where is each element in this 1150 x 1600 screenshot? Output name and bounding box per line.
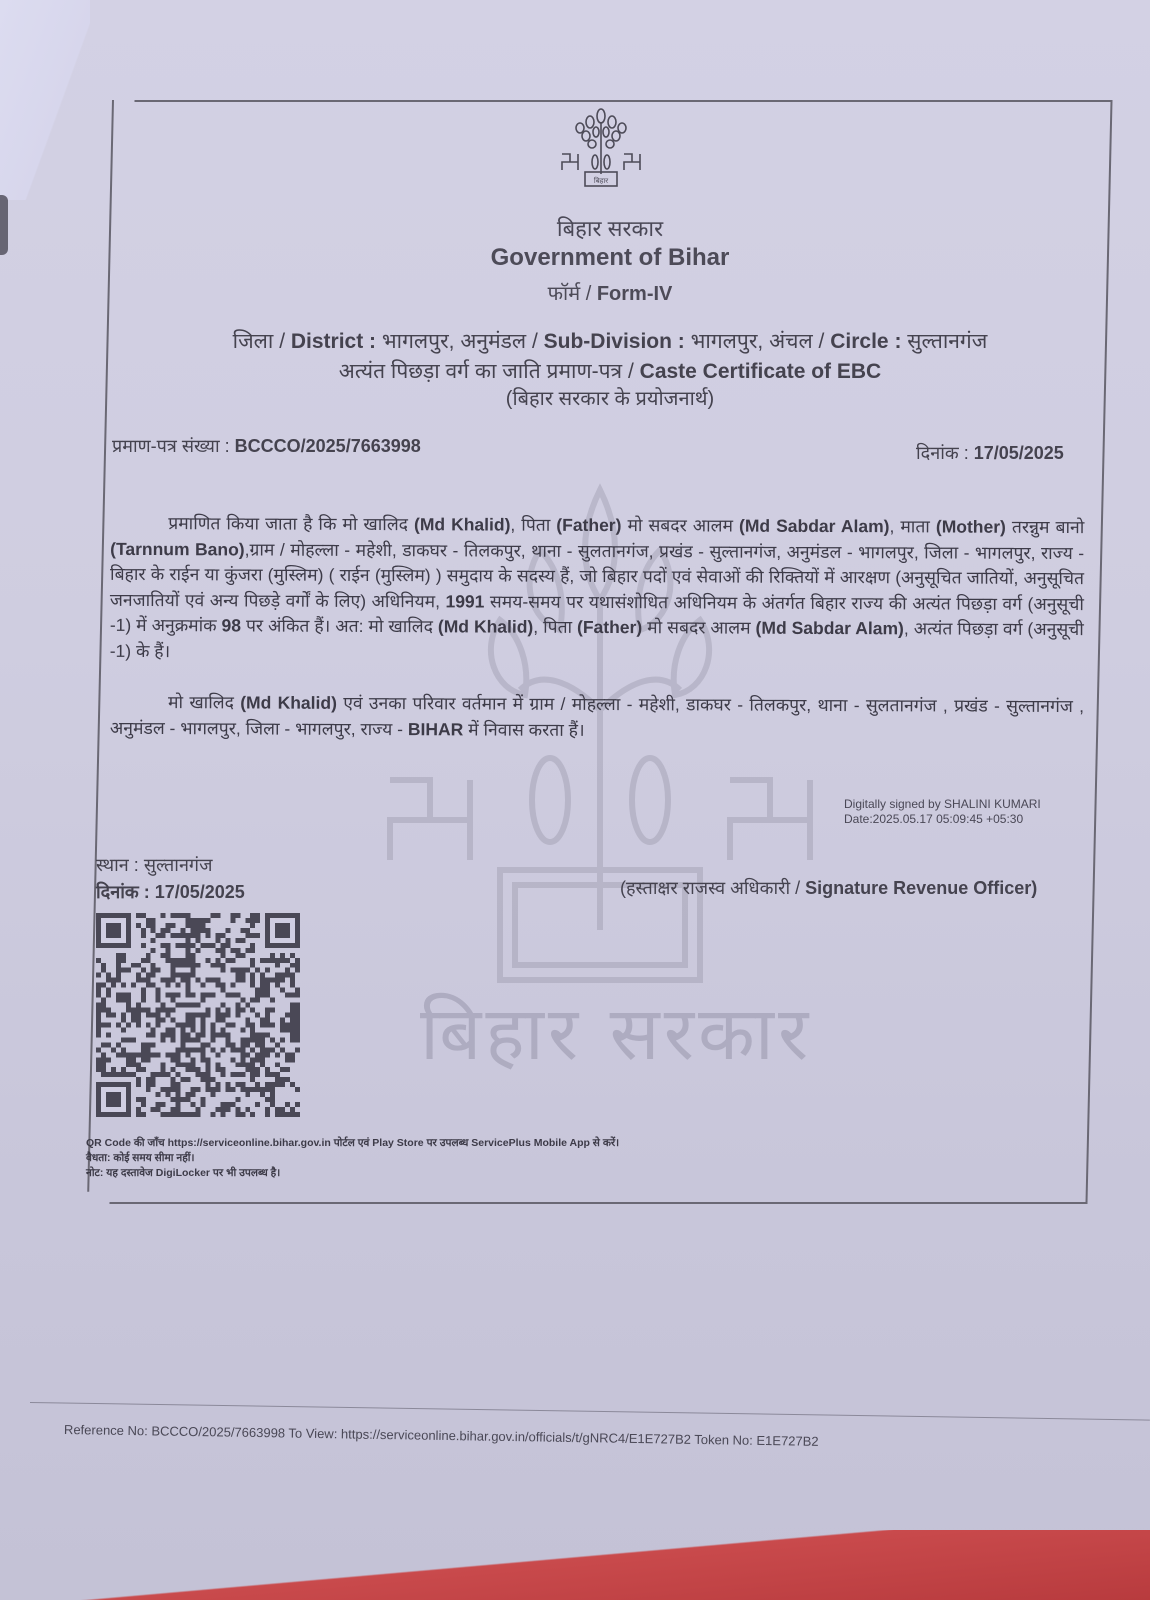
svg-text:बिहार: बिहार — [594, 176, 608, 185]
circle-value: सुल्तानगंज — [907, 330, 987, 353]
header-title-english: Government of Bihar — [120, 244, 1100, 272]
signature-label: (हस्ताक्षर राजस्व अधिकारी / Signature Re… — [620, 876, 1037, 900]
district-label-hindi: जिला / — [233, 330, 285, 353]
issue-date-label: दिनांक : — [916, 443, 969, 463]
certificate-title-hindi: अत्यंत पिछड़ा वर्ग का जाति प्रमाण-पत्र / — [339, 360, 634, 383]
place-date-value: 17/05/2025 — [155, 882, 245, 902]
district-value: भागलपुर, — [382, 330, 455, 353]
circle-label: Circle : — [830, 330, 901, 353]
location-line: जिला / District : भागलपुर, अनुमंडल / Sub… — [120, 327, 1100, 355]
validity-note: वैधता: कोई समय सीमा नहीं। — [86, 1151, 619, 1166]
certificate-purpose: (बिहार सरकार के प्रयोजनार्थ) — [120, 384, 1100, 411]
subdivision-value: भागलपुर, — [691, 330, 764, 353]
circle-label-hindi: अंचल / — [769, 330, 824, 353]
qr-code-icon[interactable] — [96, 912, 300, 1118]
header-title-hindi: बिहार सरकार — [120, 213, 1100, 243]
form-label-hindi: फॉर्म / — [548, 283, 592, 305]
digital-signature: Digitally signed by SHALINI KUMARI Date:… — [844, 797, 1041, 827]
digital-signature-signer: Digitally signed by SHALINI KUMARI — [844, 797, 1041, 812]
certificate-title-english: Caste Certificate of EBC — [640, 360, 882, 383]
digital-signature-date: Date:2025.05.17 05:09:45 +05:30 — [844, 812, 1041, 827]
place-label: स्थान : — [96, 855, 139, 875]
place-date: दिनांक : 17/05/2025 — [96, 880, 245, 904]
form-number: फॉर्म / Form-IV — [120, 279, 1100, 306]
issue-date-value: 17/05/2025 — [974, 443, 1064, 463]
table-surface — [0, 1530, 1150, 1600]
certificate-number-label: प्रमाण-पत्र संख्या : — [112, 436, 230, 456]
page-fold — [0, 0, 90, 200]
residence-paragraph: मो खालिद (Md Khalid) एवं उनका परिवार वर्… — [110, 690, 1084, 745]
certificate-number: प्रमाण-पत्र संख्या : BCCCO/2025/7663998 — [112, 434, 421, 458]
watermark-text: बिहार सरकार — [420, 980, 812, 1081]
place-date-label: दिनांक : — [96, 882, 150, 902]
signature-label-hindi: (हस्ताक्षर राजस्व अधिकारी / — [620, 878, 800, 898]
digilocker-note: नोट: यह दस्तावेज DigiLocker पर भी उपलब्ध… — [86, 1166, 619, 1181]
certification-paragraph: प्रमाणित किया जाता है कि मो खालिद (Md Kh… — [110, 511, 1085, 668]
certificate-number-value: BCCCO/2025/7663998 — [235, 436, 421, 456]
district-label: District : — [291, 330, 376, 353]
certificate-title: अत्यंत पिछड़ा वर्ग का जाति प्रमाण-पत्र /… — [120, 357, 1100, 385]
subdivision-label-hindi: अनुमंडल / — [460, 330, 537, 353]
issue-date: दिनांक : 17/05/2025 — [916, 441, 1064, 465]
qr-verification-note: QR Code की जाँच https://serviceonline.bi… — [86, 1136, 619, 1151]
bihar-emblem-icon: बिहार — [556, 108, 646, 190]
qr-notes: QR Code की जाँच https://serviceonline.bi… — [86, 1136, 619, 1181]
page-edge-shadow — [0, 195, 8, 255]
signature-label-english: Signature Revenue Officer) — [805, 878, 1037, 898]
subdivision-label: Sub-Division : — [544, 330, 685, 353]
place-value: सुल्तानगंज — [144, 855, 213, 875]
form-label-english: Form-IV — [597, 283, 673, 305]
place: स्थान : सुल्तानगंज — [96, 853, 212, 877]
